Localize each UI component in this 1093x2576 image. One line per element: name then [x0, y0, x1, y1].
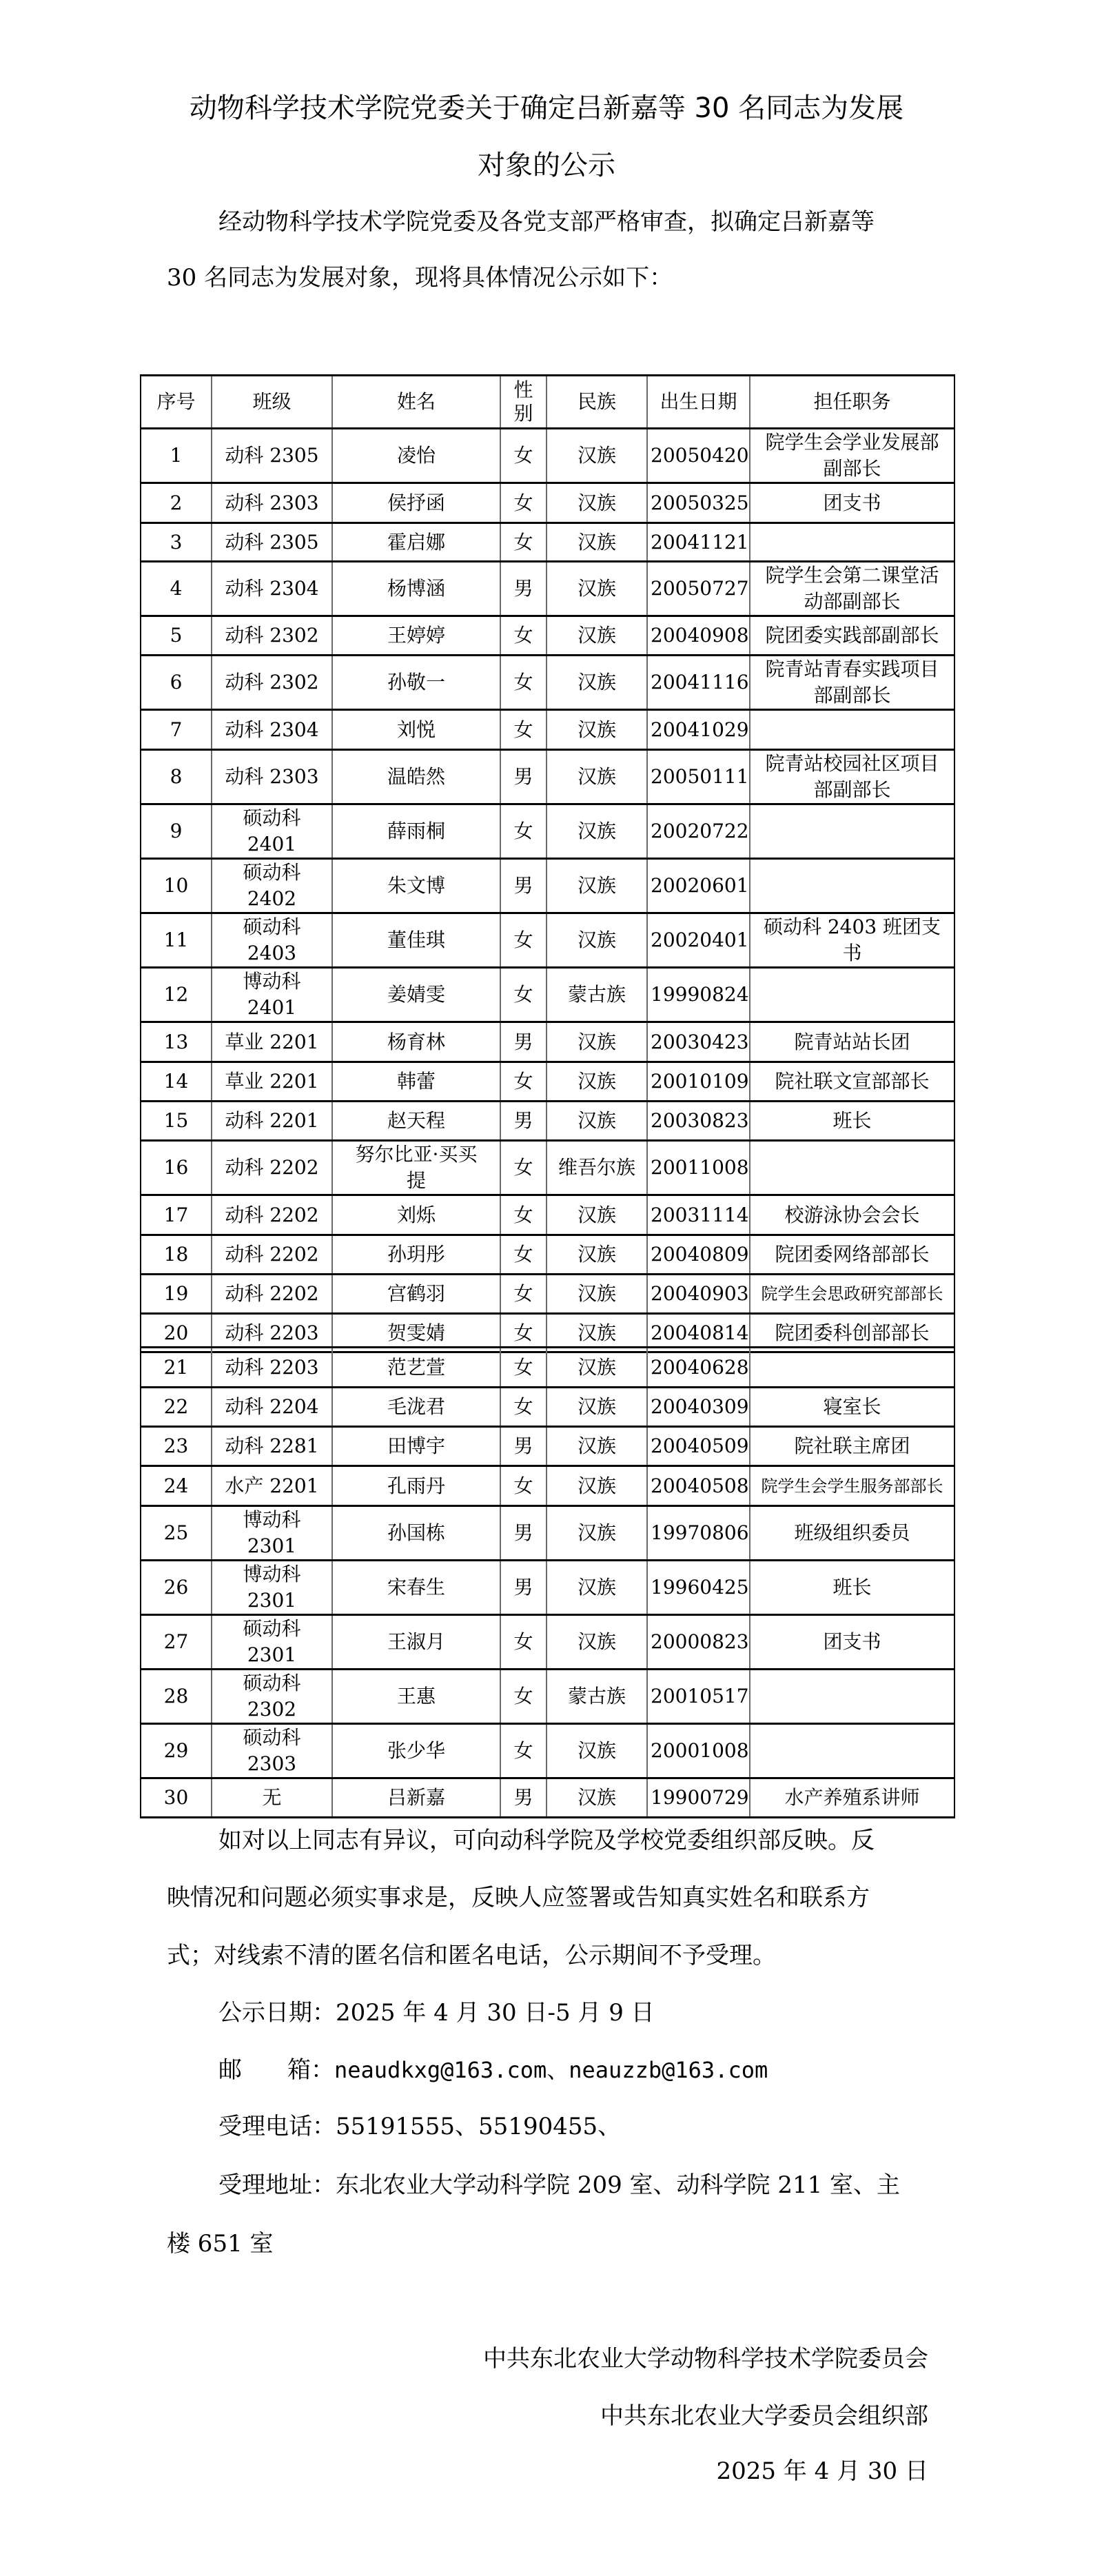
header-class: 班级 [212, 376, 332, 429]
cell-position: 班长 [750, 1102, 954, 1141]
table-row: 30无吕新嘉男汉族19900729水产养殖系讲师 [141, 1778, 954, 1818]
cell-ethnicity: 汉族 [546, 1062, 647, 1102]
cell-gender: 男 [500, 1778, 546, 1818]
cell-class: 动科 2304 [212, 562, 332, 616]
cell-no: 24 [141, 1466, 212, 1506]
cell-name: 孙国栋 [332, 1506, 500, 1561]
cell-birth: 20050325 [647, 483, 750, 523]
cell-gender: 男 [500, 1102, 546, 1141]
cell-no: 23 [141, 1427, 212, 1466]
table-row: 22动科 2204毛泷君女汉族20040309寝室长 [141, 1388, 954, 1427]
cell-position [750, 523, 954, 562]
cell-position: 院青站校园社区项目部副部长 [750, 750, 954, 804]
cell-name: 宫鹤羽 [332, 1275, 500, 1314]
cell-birth: 19960425 [647, 1561, 750, 1615]
table-row: 24水产 2201孔雨丹女汉族20040508院学生会学生服务部部长 [141, 1466, 954, 1506]
cell-no: 11 [141, 913, 212, 968]
cell-gender: 女 [500, 968, 546, 1022]
cell-birth: 20040903 [647, 1275, 750, 1314]
cell-name: 刘悦 [332, 710, 500, 750]
cell-position: 院团委实践部副部长 [750, 616, 954, 656]
table-row: 18动科 2202孙玥彤女汉族20040809院团委网络部部长 [141, 1235, 954, 1275]
cell-no: 28 [141, 1670, 212, 1724]
cell-name: 孔雨丹 [332, 1466, 500, 1506]
cell-position: 团支书 [750, 1615, 954, 1670]
cell-ethnicity: 汉族 [546, 859, 647, 913]
cell-class: 动科 2305 [212, 523, 332, 562]
table-header-row: 序号 班级 姓名 性别 民族 出生日期 担任职务 [141, 376, 954, 429]
cell-ethnicity: 蒙古族 [546, 968, 647, 1022]
publicity-period-label: 公示日期： [218, 1999, 336, 2027]
cell-name: 王婷婷 [332, 616, 500, 656]
table-row: 19动科 2202宫鹤羽女汉族20040903院学生会思政研究部部长 [141, 1275, 954, 1314]
email-label-char1: 邮 [218, 2056, 242, 2084]
cell-birth: 20041029 [647, 710, 750, 750]
cell-name: 凌怡 [332, 429, 500, 483]
cell-no: 21 [141, 1348, 212, 1388]
cell-name: 吕新嘉 [332, 1778, 500, 1818]
cell-position: 院团委网络部部长 [750, 1235, 954, 1275]
cell-class: 动科 2204 [212, 1388, 332, 1427]
address-label: 受理地址： [218, 2171, 336, 2199]
cell-name: 姜婧雯 [332, 968, 500, 1022]
cell-class: 动科 2203 [212, 1348, 332, 1388]
cell-name: 王惠 [332, 1670, 500, 1724]
cell-name: 王淑月 [332, 1615, 500, 1670]
cell-ethnicity: 汉族 [546, 1022, 647, 1062]
address-line1: 受理地址：东北农业大学动科学院 209 室、动科学院 211 室、主 [218, 2168, 900, 2202]
table-row: 8动科 2303温皓然男汉族20050111院青站校园社区项目部副部长 [141, 750, 954, 804]
table-row: 1动科 2305凌怡女汉族20050420院学生会学业发展部副部长 [141, 429, 954, 483]
cell-class: 博动科 2401 [212, 968, 332, 1022]
candidates-table-part2: 21动科 2203范艺萱女汉族2004062822动科 2204毛泷君女汉族20… [140, 1346, 955, 1818]
cell-position: 寝室长 [750, 1388, 954, 1427]
cell-position: 院社联主席团 [750, 1427, 954, 1466]
cell-class: 硕动科 2303 [212, 1724, 332, 1778]
cell-position [750, 804, 954, 859]
email-label-char2: 箱： [287, 2056, 334, 2084]
cell-class: 动科 2303 [212, 750, 332, 804]
cell-position [750, 859, 954, 913]
email-line: 邮箱：neaudkxg@163.com、neauzzb@163.com [218, 2053, 768, 2087]
phone-value: 55191555、55190455、 [336, 2113, 621, 2140]
cell-birth: 20020401 [647, 913, 750, 968]
intro-line1: 经动物科学技术学院党委及各党支部严格审查，拟确定吕新嘉等 [218, 205, 875, 239]
cell-class: 硕动科 2301 [212, 1615, 332, 1670]
cell-ethnicity: 汉族 [546, 913, 647, 968]
cell-class: 动科 2304 [212, 710, 332, 750]
cell-birth: 20031114 [647, 1195, 750, 1235]
cell-no: 9 [141, 804, 212, 859]
cell-gender: 女 [500, 804, 546, 859]
cell-ethnicity: 汉族 [546, 523, 647, 562]
cell-ethnicity: 汉族 [546, 1724, 647, 1778]
table-row: 14草业 2201韩蕾女汉族20010109院社联文宣部部长 [141, 1062, 954, 1102]
cell-ethnicity: 汉族 [546, 1778, 647, 1818]
table-row: 28硕动科 2302王惠女蒙古族20010517 [141, 1670, 954, 1724]
cell-class: 动科 2202 [212, 1235, 332, 1275]
table-row: 25博动科 2301孙国栋男汉族19970806班级组织委员 [141, 1506, 954, 1561]
cell-birth: 20040628 [647, 1348, 750, 1388]
table-row: 9硕动科 2401薛雨桐女汉族20020722 [141, 804, 954, 859]
publicity-period-value: 2025 年 4 月 30 日-5 月 9 日 [336, 1999, 655, 2027]
cell-birth: 20041116 [647, 656, 750, 710]
table-row: 15动科 2201赵天程男汉族20030823班长 [141, 1102, 954, 1141]
signature-org2: 中共东北农业大学委员会组织部 [600, 2399, 928, 2433]
cell-ethnicity: 维吾尔族 [546, 1141, 647, 1195]
cell-birth: 20050727 [647, 562, 750, 616]
cell-no: 22 [141, 1388, 212, 1427]
cell-gender: 女 [500, 1615, 546, 1670]
cell-gender: 女 [500, 656, 546, 710]
cell-gender: 女 [500, 1235, 546, 1275]
cell-name: 霍启娜 [332, 523, 500, 562]
table-row: 29硕动科 2303张少华女汉族20001008 [141, 1724, 954, 1778]
cell-position: 院学生会思政研究部部长 [750, 1275, 954, 1314]
cell-birth: 20040509 [647, 1427, 750, 1466]
phone-label: 受理电话： [218, 2113, 336, 2140]
cell-name: 朱文博 [332, 859, 500, 913]
cell-class: 硕动科 2402 [212, 859, 332, 913]
cell-birth: 20001008 [647, 1724, 750, 1778]
header-birth: 出生日期 [647, 376, 750, 429]
cell-gender: 女 [500, 1466, 546, 1506]
cell-gender: 男 [500, 1022, 546, 1062]
objection-line2: 映情况和问题必须实事求是，反映人应签署或告知真实姓名和联系方 [167, 1880, 870, 1915]
cell-ethnicity: 汉族 [546, 656, 647, 710]
cell-position: 校游泳协会会长 [750, 1195, 954, 1235]
table-row: 26博动科 2301宋春生男汉族19960425班长 [141, 1561, 954, 1615]
cell-position [750, 710, 954, 750]
table-row: 17动科 2202刘烁女汉族20031114校游泳协会会长 [141, 1195, 954, 1235]
cell-position: 班级组织委员 [750, 1506, 954, 1561]
cell-gender: 女 [500, 523, 546, 562]
cell-no: 27 [141, 1615, 212, 1670]
cell-class: 水产 2201 [212, 1466, 332, 1506]
cell-name: 温皓然 [332, 750, 500, 804]
address-value-line1: 东北农业大学动科学院 209 室、动科学院 211 室、主 [336, 2171, 900, 2199]
cell-name: 薛雨桐 [332, 804, 500, 859]
cell-ethnicity: 汉族 [546, 804, 647, 859]
cell-name: 范艺萱 [332, 1348, 500, 1388]
cell-birth: 20030423 [647, 1022, 750, 1062]
cell-gender: 女 [500, 913, 546, 968]
intro-line2: 30 名同志为发展对象，现将具体情况公示如下： [167, 261, 673, 295]
address-line2: 楼 651 室 [167, 2227, 274, 2261]
cell-class: 博动科 2301 [212, 1561, 332, 1615]
cell-ethnicity: 汉族 [546, 1615, 647, 1670]
cell-class: 动科 2201 [212, 1102, 332, 1141]
header-gender-label: 性别 [513, 378, 533, 425]
cell-class: 动科 2281 [212, 1427, 332, 1466]
cell-no: 4 [141, 562, 212, 616]
cell-name: 杨博涵 [332, 562, 500, 616]
cell-gender: 女 [500, 1141, 546, 1195]
cell-no: 10 [141, 859, 212, 913]
cell-name: 毛泷君 [332, 1388, 500, 1427]
cell-no: 6 [141, 656, 212, 710]
cell-gender: 女 [500, 483, 546, 523]
cell-class: 动科 2305 [212, 429, 332, 483]
cell-no: 1 [141, 429, 212, 483]
cell-gender: 女 [500, 1062, 546, 1102]
cell-position [750, 1141, 954, 1195]
cell-name: 侯抒函 [332, 483, 500, 523]
cell-class: 动科 2302 [212, 656, 332, 710]
header-no: 序号 [141, 376, 212, 429]
cell-birth: 20040508 [647, 1466, 750, 1506]
cell-birth: 20010109 [647, 1062, 750, 1102]
cell-no: 18 [141, 1235, 212, 1275]
cell-no: 16 [141, 1141, 212, 1195]
cell-position: 班长 [750, 1561, 954, 1615]
cell-no: 13 [141, 1022, 212, 1062]
cell-gender: 女 [500, 1195, 546, 1235]
cell-no: 26 [141, 1561, 212, 1615]
email-value[interactable]: neaudkxg@163.com、neauzzb@163.com [334, 2057, 768, 2083]
cell-ethnicity: 汉族 [546, 616, 647, 656]
cell-ethnicity: 汉族 [546, 483, 647, 523]
cell-birth: 20040809 [647, 1235, 750, 1275]
table-row: 21动科 2203范艺萱女汉族20040628 [141, 1348, 954, 1388]
cell-position [750, 1670, 954, 1724]
table-row: 16动科 2202努尔比亚·买买提女维吾尔族20011008 [141, 1141, 954, 1195]
cell-name: 杨育林 [332, 1022, 500, 1062]
table-row: 12博动科 2401姜婧雯女蒙古族19990824 [141, 968, 954, 1022]
cell-class: 动科 2303 [212, 483, 332, 523]
cell-position [750, 1724, 954, 1778]
cell-position: 院学生会学生服务部部长 [750, 1466, 954, 1506]
cell-ethnicity: 汉族 [546, 1388, 647, 1427]
cell-birth: 20000823 [647, 1615, 750, 1670]
page-title-line1: 动物科学技术学院党委关于确定吕新嘉等 30 名同志为发展 [0, 91, 1093, 125]
cell-name: 张少华 [332, 1724, 500, 1778]
cell-gender: 女 [500, 1348, 546, 1388]
cell-gender: 女 [500, 616, 546, 656]
cell-no: 7 [141, 710, 212, 750]
cell-class: 动科 2302 [212, 616, 332, 656]
cell-gender: 女 [500, 1670, 546, 1724]
cell-class: 硕动科 2403 [212, 913, 332, 968]
cell-no: 30 [141, 1778, 212, 1818]
cell-ethnicity: 蒙古族 [546, 1670, 647, 1724]
cell-class: 博动科 2301 [212, 1506, 332, 1561]
cell-gender: 女 [500, 1724, 546, 1778]
table-row: 6动科 2302孙敬一女汉族20041116院青站青春实践项目部副部长 [141, 656, 954, 710]
cell-class: 硕动科 2302 [212, 1670, 332, 1724]
header-gender: 性别 [500, 376, 546, 429]
cell-ethnicity: 汉族 [546, 750, 647, 804]
header-name: 姓名 [332, 376, 500, 429]
cell-class: 无 [212, 1778, 332, 1818]
cell-ethnicity: 汉族 [546, 1102, 647, 1141]
header-position: 担任职务 [750, 376, 954, 429]
table-row: 5动科 2302王婷婷女汉族20040908院团委实践部副部长 [141, 616, 954, 656]
table-row: 13草业 2201杨育林男汉族20030423院青站站长团 [141, 1022, 954, 1062]
table-row: 11硕动科 2403董佳琪女汉族20020401硕动科 2403 班团支书 [141, 913, 954, 968]
cell-gender: 男 [500, 750, 546, 804]
cell-class: 动科 2202 [212, 1141, 332, 1195]
cell-birth: 20030823 [647, 1102, 750, 1141]
cell-birth: 20050420 [647, 429, 750, 483]
cell-no: 14 [141, 1062, 212, 1102]
cell-no: 8 [141, 750, 212, 804]
cell-birth: 19970806 [647, 1506, 750, 1561]
cell-gender: 女 [500, 710, 546, 750]
cell-gender: 男 [500, 1506, 546, 1561]
table-row: 7动科 2304刘悦女汉族20041029 [141, 710, 954, 750]
cell-position: 院社联文宣部部长 [750, 1062, 954, 1102]
cell-name: 赵天程 [332, 1102, 500, 1141]
cell-ethnicity: 汉族 [546, 1235, 647, 1275]
cell-no: 29 [141, 1724, 212, 1778]
cell-no: 25 [141, 1506, 212, 1561]
cell-no: 15 [141, 1102, 212, 1141]
cell-position: 院学生会第二课堂活动部副部长 [750, 562, 954, 616]
header-ethnicity: 民族 [546, 376, 647, 429]
table-row: 10硕动科 2402朱文博男汉族20020601 [141, 859, 954, 913]
cell-name: 董佳琪 [332, 913, 500, 968]
cell-gender: 男 [500, 859, 546, 913]
cell-no: 17 [141, 1195, 212, 1235]
cell-gender: 男 [500, 1427, 546, 1466]
cell-position: 院青站青春实践项目部副部长 [750, 656, 954, 710]
cell-class: 动科 2202 [212, 1275, 332, 1314]
cell-no: 19 [141, 1275, 212, 1314]
phone-line: 受理电话：55191555、55190455、 [218, 2109, 621, 2144]
cell-birth: 20040309 [647, 1388, 750, 1427]
cell-position: 院青站站长团 [750, 1022, 954, 1062]
cell-name: 孙敬一 [332, 656, 500, 710]
cell-position: 硕动科 2403 班团支书 [750, 913, 954, 968]
cell-no: 3 [141, 523, 212, 562]
cell-gender: 女 [500, 1388, 546, 1427]
cell-no: 2 [141, 483, 212, 523]
cell-ethnicity: 汉族 [546, 1195, 647, 1235]
candidates-table-part1: 序号 班级 姓名 性别 民族 出生日期 担任职务 1动科 2305凌怡女汉族20… [140, 374, 955, 1353]
signature-org1: 中共东北农业大学动物科学技术学院委员会 [483, 2342, 928, 2376]
cell-ethnicity: 汉族 [546, 1427, 647, 1466]
cell-ethnicity: 汉族 [546, 1275, 647, 1314]
cell-ethnicity: 汉族 [546, 710, 647, 750]
cell-no: 5 [141, 616, 212, 656]
cell-birth: 20020722 [647, 804, 750, 859]
table-row: 3动科 2305霍启娜女汉族20041121 [141, 523, 954, 562]
cell-birth: 20050111 [647, 750, 750, 804]
cell-birth: 20010517 [647, 1670, 750, 1724]
cell-birth: 19900729 [647, 1778, 750, 1818]
cell-class: 草业 2201 [212, 1062, 332, 1102]
cell-gender: 女 [500, 1275, 546, 1314]
cell-name: 努尔比亚·买买提 [332, 1141, 500, 1195]
cell-birth: 20041121 [647, 523, 750, 562]
cell-ethnicity: 汉族 [546, 1506, 647, 1561]
objection-line3: 式；对线索不清的匿名信和匿名电话，公示期间不予受理。 [167, 1938, 776, 1973]
cell-birth: 20040908 [647, 616, 750, 656]
page-title-line2: 对象的公示 [0, 148, 1093, 183]
cell-name: 孙玥彤 [332, 1235, 500, 1275]
cell-birth: 19990824 [647, 968, 750, 1022]
cell-position [750, 1348, 954, 1388]
cell-no: 12 [141, 968, 212, 1022]
cell-name: 宋春生 [332, 1561, 500, 1615]
publicity-period: 公示日期：2025 年 4 月 30 日-5 月 9 日 [218, 1996, 655, 2030]
table-row: 2动科 2303侯抒函女汉族20050325团支书 [141, 483, 954, 523]
cell-name: 刘烁 [332, 1195, 500, 1235]
cell-gender: 男 [500, 562, 546, 616]
cell-birth: 20011008 [647, 1141, 750, 1195]
cell-birth: 20020601 [647, 859, 750, 913]
cell-position [750, 968, 954, 1022]
cell-name: 韩蕾 [332, 1062, 500, 1102]
cell-ethnicity: 汉族 [546, 1466, 647, 1506]
cell-position: 团支书 [750, 483, 954, 523]
table-row: 23动科 2281田博宇男汉族20040509院社联主席团 [141, 1427, 954, 1466]
cell-class: 硕动科 2401 [212, 804, 332, 859]
cell-class: 草业 2201 [212, 1022, 332, 1062]
cell-gender: 女 [500, 429, 546, 483]
cell-gender: 男 [500, 1561, 546, 1615]
cell-name: 田博宇 [332, 1427, 500, 1466]
table-row: 4动科 2304杨博涵男汉族20050727院学生会第二课堂活动部副部长 [141, 562, 954, 616]
cell-ethnicity: 汉族 [546, 562, 647, 616]
cell-ethnicity: 汉族 [546, 1561, 647, 1615]
cell-ethnicity: 汉族 [546, 429, 647, 483]
signature-date: 2025 年 4 月 30 日 [717, 2454, 928, 2488]
objection-line1: 如对以上同志有异议，可向动科学院及学校党委组织部反映。反 [218, 1823, 875, 1858]
cell-position: 水产养殖系讲师 [750, 1778, 954, 1818]
cell-position: 院学生会学业发展部副部长 [750, 429, 954, 483]
table-row: 27硕动科 2301王淑月女汉族20000823团支书 [141, 1615, 954, 1670]
cell-ethnicity: 汉族 [546, 1348, 647, 1388]
cell-class: 动科 2202 [212, 1195, 332, 1235]
